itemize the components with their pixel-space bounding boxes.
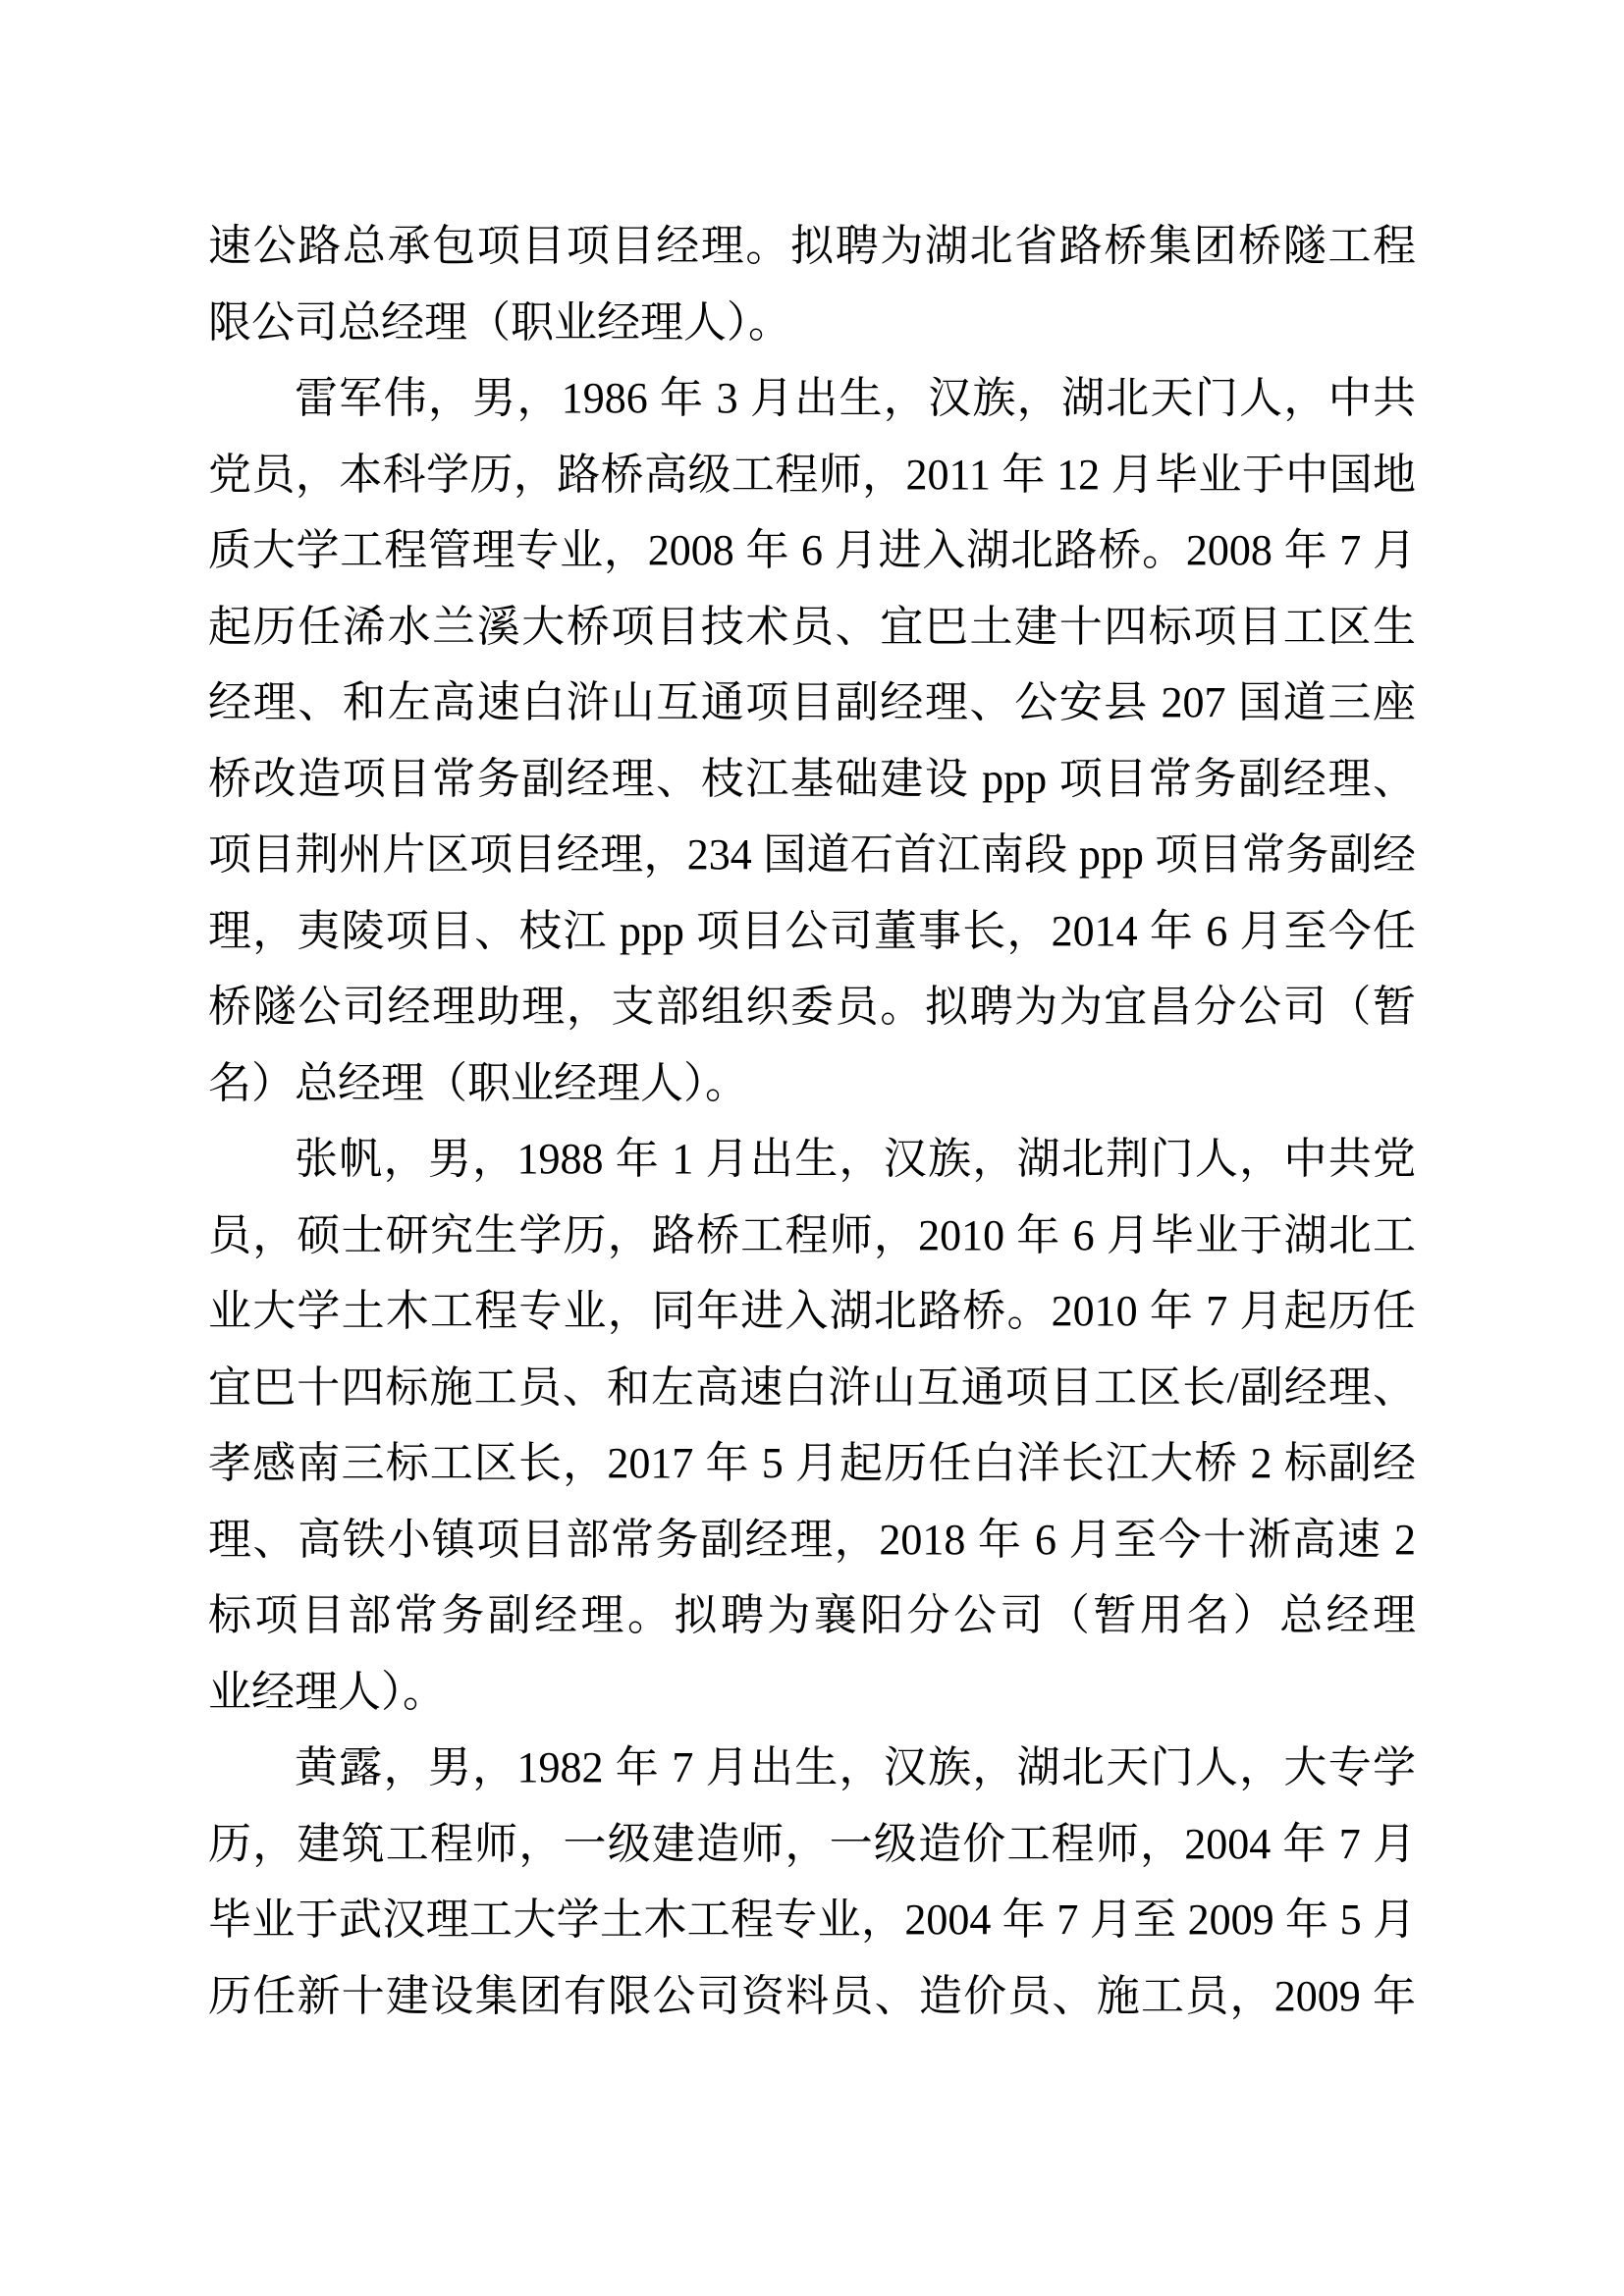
text-line: 速公路总承包项目项目经理。拟聘为湖北省路桥集团桥隧工程有 (208, 208, 1416, 285)
text-line: 张帆，男，1988 年 1 月出生，汉族，湖北荆门人，中共党 (208, 1121, 1416, 1198)
text-line: 员，硕士研究生学历，路桥工程师，2010 年 6 月毕业于湖北工 (208, 1198, 1416, 1274)
paragraph-lei-junwei: 雷军伟，男，1986 年 3 月出生，汉族，湖北天门人，中共 党员，本科学历，路… (208, 360, 1416, 1121)
text-line: 黄露，男，1982 年 7 月出生，汉族，湖北天门人，大专学 (208, 1730, 1416, 1806)
text-line: 业经理人）。 (208, 1654, 1416, 1731)
paragraph-continuation: 速公路总承包项目项目经理。拟聘为湖北省路桥集团桥隧工程有 限公司总经理（职业经理… (208, 208, 1416, 360)
text-line: 宜巴十四标施工员、和左高速白浒山互通项目工区长/副经理、 (208, 1350, 1416, 1426)
text-line: 标项目部常务副经理。拟聘为襄阳分公司（暂用名）总经理（职 (208, 1577, 1416, 1654)
text-line: 桥改造项目常务副经理、枝江基础建设 ppp 项目常务副经理、ETC (208, 741, 1416, 818)
text-line: 理，夷陵项目、枝江 ppp 项目公司董事长，2014 年 6 月至今任 (208, 893, 1416, 970)
document-body: 速公路总承包项目项目经理。拟聘为湖北省路桥集团桥隧工程有 限公司总经理（职业经理… (208, 208, 1416, 2034)
text-line: 雷军伟，男，1986 年 3 月出生，汉族，湖北天门人，中共 (208, 360, 1416, 437)
text-line: 限公司总经理（职业经理人）。 (208, 285, 1416, 361)
text-line: 名）总经理（职业经理人）。 (208, 1045, 1416, 1122)
text-line: 项目荆州片区项目经理，234 国道石首江南段 ppp 项目常务副经 (208, 817, 1416, 893)
text-line: 党员，本科学历，路桥高级工程师，2011 年 12 月毕业于中国地 (208, 437, 1416, 513)
text-line: 理、高铁小镇项目部常务副经理，2018 年 6 月至今十淅高速 2 (208, 1502, 1416, 1578)
text-line: 业大学土木工程专业，同年进入湖北路桥。2010 年 7 月起历任 (208, 1273, 1416, 1350)
text-line: 毕业于武汉理工大学土木工程专业，2004 年 7 月至 2009 年 5 月 (208, 1882, 1416, 1958)
document-page: 速公路总承包项目项目经理。拟聘为湖北省路桥集团桥隧工程有 限公司总经理（职业经理… (0, 0, 1624, 2296)
paragraph-zhang-fan: 张帆，男，1988 年 1 月出生，汉族，湖北荆门人，中共党 员，硕士研究生学历… (208, 1121, 1416, 1730)
text-line: 历，建筑工程师，一级建造师，一级造价工程师，2004 年 7 月 (208, 1806, 1416, 1883)
text-line: 经理、和左高速白浒山互通项目副经理、公安县 207 国道三座危 (208, 665, 1416, 741)
text-line: 质大学工程管理专业，2008 年 6 月进入湖北路桥。2008 年 7 月 (208, 512, 1416, 589)
text-line: 历任新十建设集团有限公司资料员、造价员、施工员，2009 年 7 (208, 1958, 1416, 2035)
paragraph-huang-lu: 黄露，男，1982 年 7 月出生，汉族，湖北天门人，大专学 历，建筑工程师，一… (208, 1730, 1416, 2034)
text-line: 起历任浠水兰溪大桥项目技术员、宜巴土建十四标项目工区生产 (208, 589, 1416, 666)
text-line: 桥隧公司经理助理，支部组织委员。拟聘为为宜昌分公司（暂用 (208, 969, 1416, 1045)
text-line: 孝感南三标工区长，2017 年 5 月起历任白洋长江大桥 2 标副经 (208, 1425, 1416, 1502)
